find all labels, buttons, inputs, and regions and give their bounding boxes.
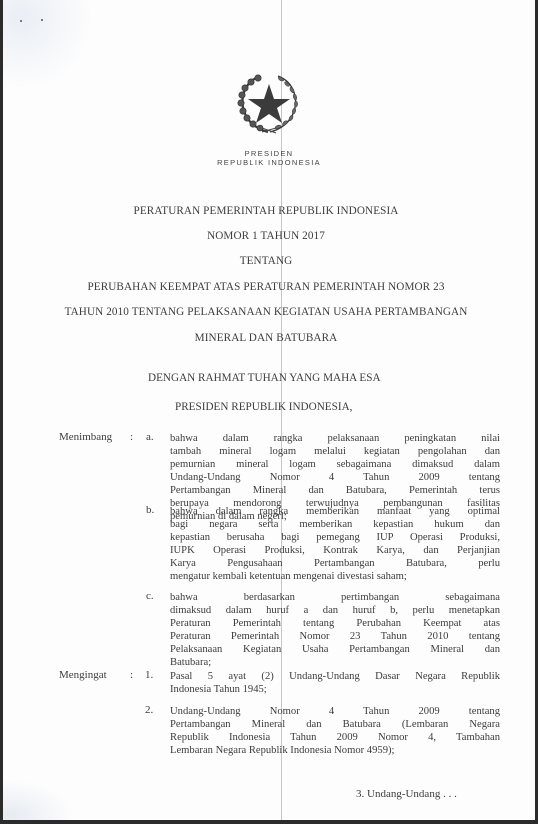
page-continuation: 3. Undang-Undang . . . [356,788,457,800]
text-line: Lembaran Negara Republik Indonesia Nomor… [170,744,500,757]
presidential-seal-icon [236,72,302,136]
scan-artifact [3,780,73,820]
text-line: bahwa dalam rangka pelaksanaan peningkat… [170,432,500,445]
text-line: Karya Pengusahaan Pertambangan Batubara,… [170,557,500,570]
text-line: Pertambangan Mineral dan Batubara (Lemba… [170,718,500,731]
text-line: Republik Indonesia Tahun 2009 Nomor 4, T… [170,731,500,744]
letterhead-presiden: PRESIDEN [3,149,535,158]
menimbang-marker-c: c. [146,590,154,602]
document-page: PRESIDEN REPUBLIK INDONESIA PERATURAN PE… [3,0,535,820]
title-line-3: TENTANG [3,255,529,267]
title-line-6: MINERAL DAN BATUBARA [3,332,529,344]
menimbang-label: Menimbang [59,431,112,443]
menimbang-marker-b: b. [146,504,154,516]
text-line: Pertambangan Mineral dan Batubara, Pemer… [170,484,500,497]
text-line: pemurnian mineral logam sebagaimana dima… [170,458,500,471]
title-line-2: NOMOR 1 TAHUN 2017 [3,230,529,242]
mengingat-marker-2: 2. [145,704,153,716]
text-line: mengatur kembali ketentuan mengenai dive… [170,570,500,583]
mengingat-label: Mengingat [59,669,107,681]
menimbang-colon: : [130,431,133,443]
title-line-1: PERATURAN PEMERINTAH REPUBLIK INDONESIA [3,205,529,217]
mengingat-item-1: Pasal 5 ayat (2) Undang-Undang Dasar Neg… [170,670,500,696]
text-line: Pasal 5 ayat (2) Undang-Undang Dasar Neg… [170,670,500,683]
text-line: Peraturan Pemerintah Nomor 23 Tahun 2010… [170,630,500,643]
text-line: Indonesia Tahun 1945; [170,683,500,696]
mengingat-marker-1: 1. [145,669,153,681]
preamble-line-2: PRESIDEN REPUBLIK INDONESIA, [175,401,352,413]
text-line: kepastian berusaha bagi pemegang IUP Ope… [170,531,500,544]
text-line: Undang-Undang Nomor 4 Tahun 2009 tentang [170,471,500,484]
letterhead-republik-indonesia: REPUBLIK INDONESIA [3,158,535,167]
scan-speck [20,20,22,22]
text-line: bahwa dalam rangka memberikan manfaat ya… [170,505,500,518]
text-line: Undang-Undang Nomor 4 Tahun 2009 tentang [170,705,500,718]
mengingat-item-2: Undang-Undang Nomor 4 Tahun 2009 tentang… [170,705,500,757]
mengingat-colon: : [130,669,133,681]
text-line: IUPK Operasi Produksi, Kontrak Karya, da… [170,544,500,557]
scan-speck [41,19,43,21]
text-line: Batubara; [170,656,500,669]
text-line: bagi negara serta memberikan kepastian h… [170,518,500,531]
preamble-line-1: DENGAN RAHMAT TUHAN YANG MAHA ESA [148,372,381,384]
text-line: Pelaksanaan Kegiatan Usaha Pertambangan … [170,643,500,656]
text-line: Peraturan Pemerintah tentang Perubahan K… [170,617,500,630]
text-line: tambah mineral logam melalui kegiatan pe… [170,445,500,458]
text-line: dimaksud dalam huruf a dan huruf b, perl… [170,604,500,617]
title-line-5: TAHUN 2010 TENTANG PELAKSANAAN KEGIATAN … [3,306,529,318]
menimbang-marker-a: a. [146,431,154,443]
menimbang-item-c: bahwa berdasarkan pertimbangan sebagaima… [170,591,500,669]
title-line-4: PERUBAHAN KEEMPAT ATAS PERATURAN PEMERIN… [3,281,529,293]
scan-artifact [3,0,93,90]
text-line: bahwa berdasarkan pertimbangan sebagaima… [170,591,500,604]
menimbang-item-b: bahwa dalam rangka memberikan manfaat ya… [170,505,500,583]
